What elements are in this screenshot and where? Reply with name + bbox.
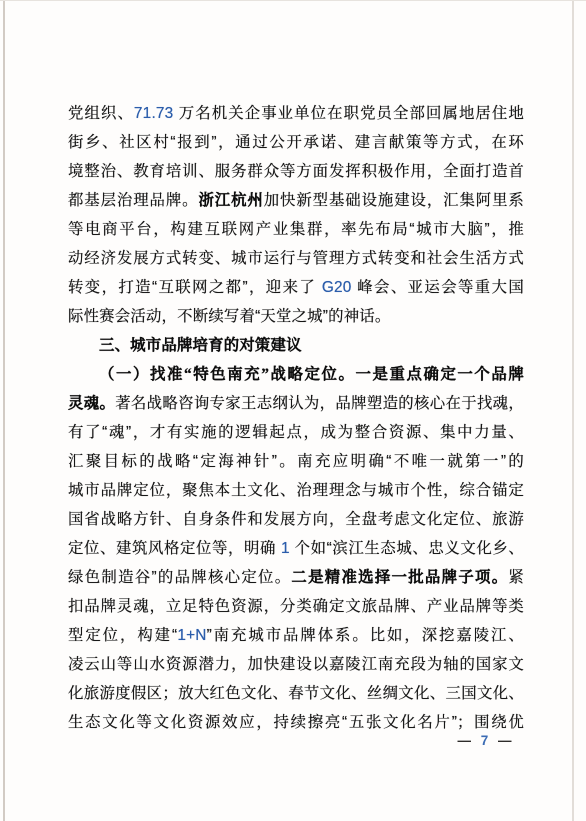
page-number-value: 7 (477, 733, 494, 748)
text-segment: 有了“魂”，才有实施的逻辑起点，成为整合资源、集中力量、 (68, 424, 524, 441)
text-line: 党组织、71.73 万名机关企事业单位在职党员全部回属地居住地 (68, 99, 524, 128)
text-segment: 三、城市品牌培育的对策建议 (99, 337, 302, 354)
text-line: 汇聚目标的战略“定海神针”。南充应明确“不唯一就第一”的 (68, 447, 524, 476)
text-line: 转变，打造“互联网之都”，迎来了 G20 峰会、亚运会等重大国 (68, 273, 524, 302)
text-line: 定位、建筑风格定位等，明确 1 个如“滨江生态城、忠义文化乡、 (68, 534, 524, 563)
scan-top-edge (0, 0, 586, 1)
text-segment: 绿色制造谷”的品牌核心定位。 (68, 569, 291, 586)
text-segment: 一是重点确定一个品牌 (355, 366, 524, 383)
highlighted-number: 1 (281, 540, 290, 557)
text-segment: 浙江杭州 (198, 192, 263, 209)
scan-right-edge (572, 0, 574, 821)
text-segment: 境整治、教育培训、服务群众等方面发挥积极作用，全面打造首 (68, 163, 524, 180)
text-line: 型定位，构建“1+N”南充城市品牌体系。比如，深挖嘉陵江、 (68, 621, 524, 650)
text-segment: 街乡、社区村“报到”，通过公开承诺、建言献策等方式，在环 (68, 134, 524, 151)
text-segment: 都基层治理品牌。 (68, 192, 198, 209)
text-line: 化旅游度假区；放大红色文化、春节文化、丝绸文化、三国文化、 (68, 679, 524, 708)
highlighted-number: 1+N (177, 627, 206, 644)
text-segment: 际性赛会活动，不断续写着“天堂之城”的神话。 (68, 308, 390, 325)
text-segment: 个如“滨江生态城、忠义文化乡、 (290, 540, 524, 557)
text-segment: 城市品牌定位，聚焦本土文化、治理理念与城市个性，综合锚定 (68, 482, 524, 499)
text-line: （一）找准“特色南充”战略定位。一是重点确定一个品牌 (68, 360, 524, 389)
text-line: 等电商平台，构建互联网产业集群，率先布局“城市大脑”，推 (68, 215, 524, 244)
text-segment: 汇聚目标的战略“定海神针”。南充应明确“不唯一就第一”的 (68, 453, 524, 470)
text-segment: 万名机关企事业单位在职党员全部回属地居住地 (173, 105, 524, 122)
text-line: 绿色制造谷”的品牌核心定位。二是精准选择一批品牌子项。紧 (68, 563, 524, 592)
text-segment: 峰会、亚运会等重大国 (352, 279, 524, 296)
text-segment: （一）找准“特色南充”战略定位。 (99, 366, 355, 383)
highlighted-number: G20 (322, 279, 352, 296)
text-line: 有了“魂”，才有实施的逻辑起点，成为整合资源、集中力量、 (68, 418, 524, 447)
text-segment: 转变，打造“互联网之都”，迎来了 (68, 279, 322, 296)
text-segment: 扣品牌灵魂，立足特色资源，分类确定文旅品牌、产业品牌等类 (68, 598, 524, 615)
highlighted-number: 71.73 (134, 105, 174, 122)
text-segment: 加快新型基础设施建设，汇集阿里系 (264, 192, 524, 209)
section-heading: 三、城市品牌培育的对策建议 (68, 331, 524, 360)
text-segment: 化旅游度假区；放大红色文化、春节文化、丝绸文化、三国文化、 (68, 685, 524, 702)
text-segment: 灵魂。 (68, 395, 115, 412)
text-segment: 国省战略方针、自身条件和发展方向，全盘考虑文化定位、旅游 (68, 511, 524, 528)
page-number-dash-left: — (457, 733, 472, 748)
text-line: 都基层治理品牌。浙江杭州加快新型基础设施建设，汇集阿里系 (68, 186, 524, 215)
text-segment: 党组织、 (68, 105, 134, 122)
text-segment: 二是精准选择一批品牌子项。 (291, 569, 508, 586)
text-segment: 动经济发展方式转变、城市运行与管理方式转变和社会生活方式 (68, 250, 524, 267)
text-segment: 定位、建筑风格定位等，明确 (68, 540, 281, 557)
page-number: — 7 — (450, 733, 520, 748)
text-segment: 等电商平台，构建互联网产业集群，率先布局“城市大脑”，推 (68, 221, 524, 238)
text-segment: 型定位，构建“ (68, 627, 177, 644)
text-line: 国省战略方针、自身条件和发展方向，全盘考虑文化定位、旅游 (68, 505, 524, 534)
text-line: 际性赛会活动，不断续写着“天堂之城”的神话。 (68, 302, 524, 331)
scan-left-edge (3, 0, 5, 821)
text-segment: ”南充城市品牌体系。比如，深挖嘉陵江、 (207, 627, 524, 644)
text-segment: 生态文化等文化资源效应，持续擦亮“五张文化名片”；围绕优 (68, 714, 524, 731)
text-line: 扣品牌灵魂，立足特色资源，分类确定文旅品牌、产业品牌等类 (68, 592, 524, 621)
text-segment: 著名战略咨询专家王志纲认为，品牌塑造的核心在于找魂， (115, 395, 524, 412)
text-line: 街乡、社区村“报到”，通过公开承诺、建言献策等方式，在环 (68, 128, 524, 157)
text-line: 境整治、教育培训、服务群众等方面发挥积极作用，全面打造首 (68, 157, 524, 186)
text-segment: 紧 (508, 569, 524, 586)
text-segment: 凌云山等山水资源潜力，加快建设以嘉陵江南充段为轴的国家文 (68, 656, 524, 673)
page-number-dash-right: — (498, 733, 513, 748)
text-line: 动经济发展方式转变、城市运行与管理方式转变和社会生活方式 (68, 244, 524, 273)
text-line: 城市品牌定位，聚焦本土文化、治理理念与城市个性，综合锚定 (68, 476, 524, 505)
text-line: 灵魂。著名战略咨询专家王志纲认为，品牌塑造的核心在于找魂， (68, 389, 524, 418)
text-line: 凌云山等山水资源潜力，加快建设以嘉陵江南充段为轴的国家文 (68, 650, 524, 679)
document-body: 党组织、71.73 万名机关企事业单位在职党员全部回属地居住地街乡、社区村“报到… (68, 99, 524, 737)
